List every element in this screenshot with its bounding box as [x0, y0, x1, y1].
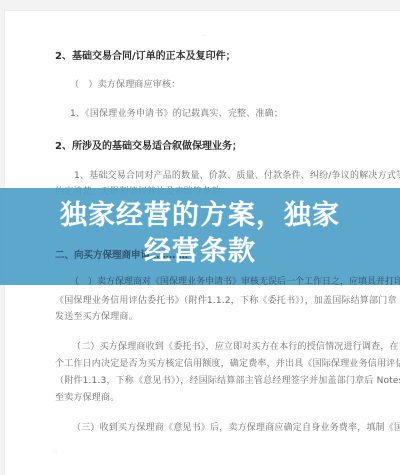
paragraph-line: 个工作日内决定是否为买方核定信用额度，确定费率，并出具《国际保理业务信用评估意见… [55, 356, 400, 369]
sub-heading-seller-factor-review: （ ）卖方保理商应审核： [70, 77, 180, 90]
section-heading-contract-copies: 2、基础交易合同/订单的正本及复印件； [55, 47, 236, 62]
paragraph-line: 《国保理业务信用评估委托书》（附件1.1.2，下称《委托书》），加盖国际结算部门… [55, 293, 400, 306]
section-heading-eligible-transactions: 2、所涉及的基础交易适合叙做保理业务； [55, 137, 242, 152]
paragraph-line: （附件1.1.3，下称《意见书》），经国际结算部主管总经理签字并加盖部门章后 N… [55, 373, 400, 386]
list-item: 1、《国保理业务申请书》的记载真实、完整、准确； [70, 106, 283, 119]
banner-title-line2: 经营条款 [0, 234, 400, 270]
paragraph-line: （二）买方保理商收到《委托书》，应立即对买方在本行的授信情况进行调查，在10 [72, 339, 400, 352]
paragraph-line: 至卖方保理商。 [55, 390, 119, 403]
paragraph-line: 发送至买方保理商。 [55, 309, 138, 322]
obscured-text-line: （ ）卖方保理商对《国保理业务申请书》审核无误后一个工作日之，应填具并打印 [70, 274, 400, 287]
stray-mark: ⁘ [52, 448, 58, 456]
paragraph-line: （三）收到买方保理商《意见书》后，卖方保理商应确定自身业务费率，填制《国保 [72, 420, 400, 433]
list-item: 1、基础交易合同对产品的数量、价款、质量、付款条件、纠纷/争议的解决方式等答 [74, 168, 400, 181]
banner-title-line1: 独家经营的方案，独家 [0, 198, 400, 234]
title-banner: 二、向买方保理商申请………… 独家经营的方案，独家 经营条款 （ ）卖方保理商对… [0, 188, 400, 285]
stray-mark: · [203, 32, 205, 40]
